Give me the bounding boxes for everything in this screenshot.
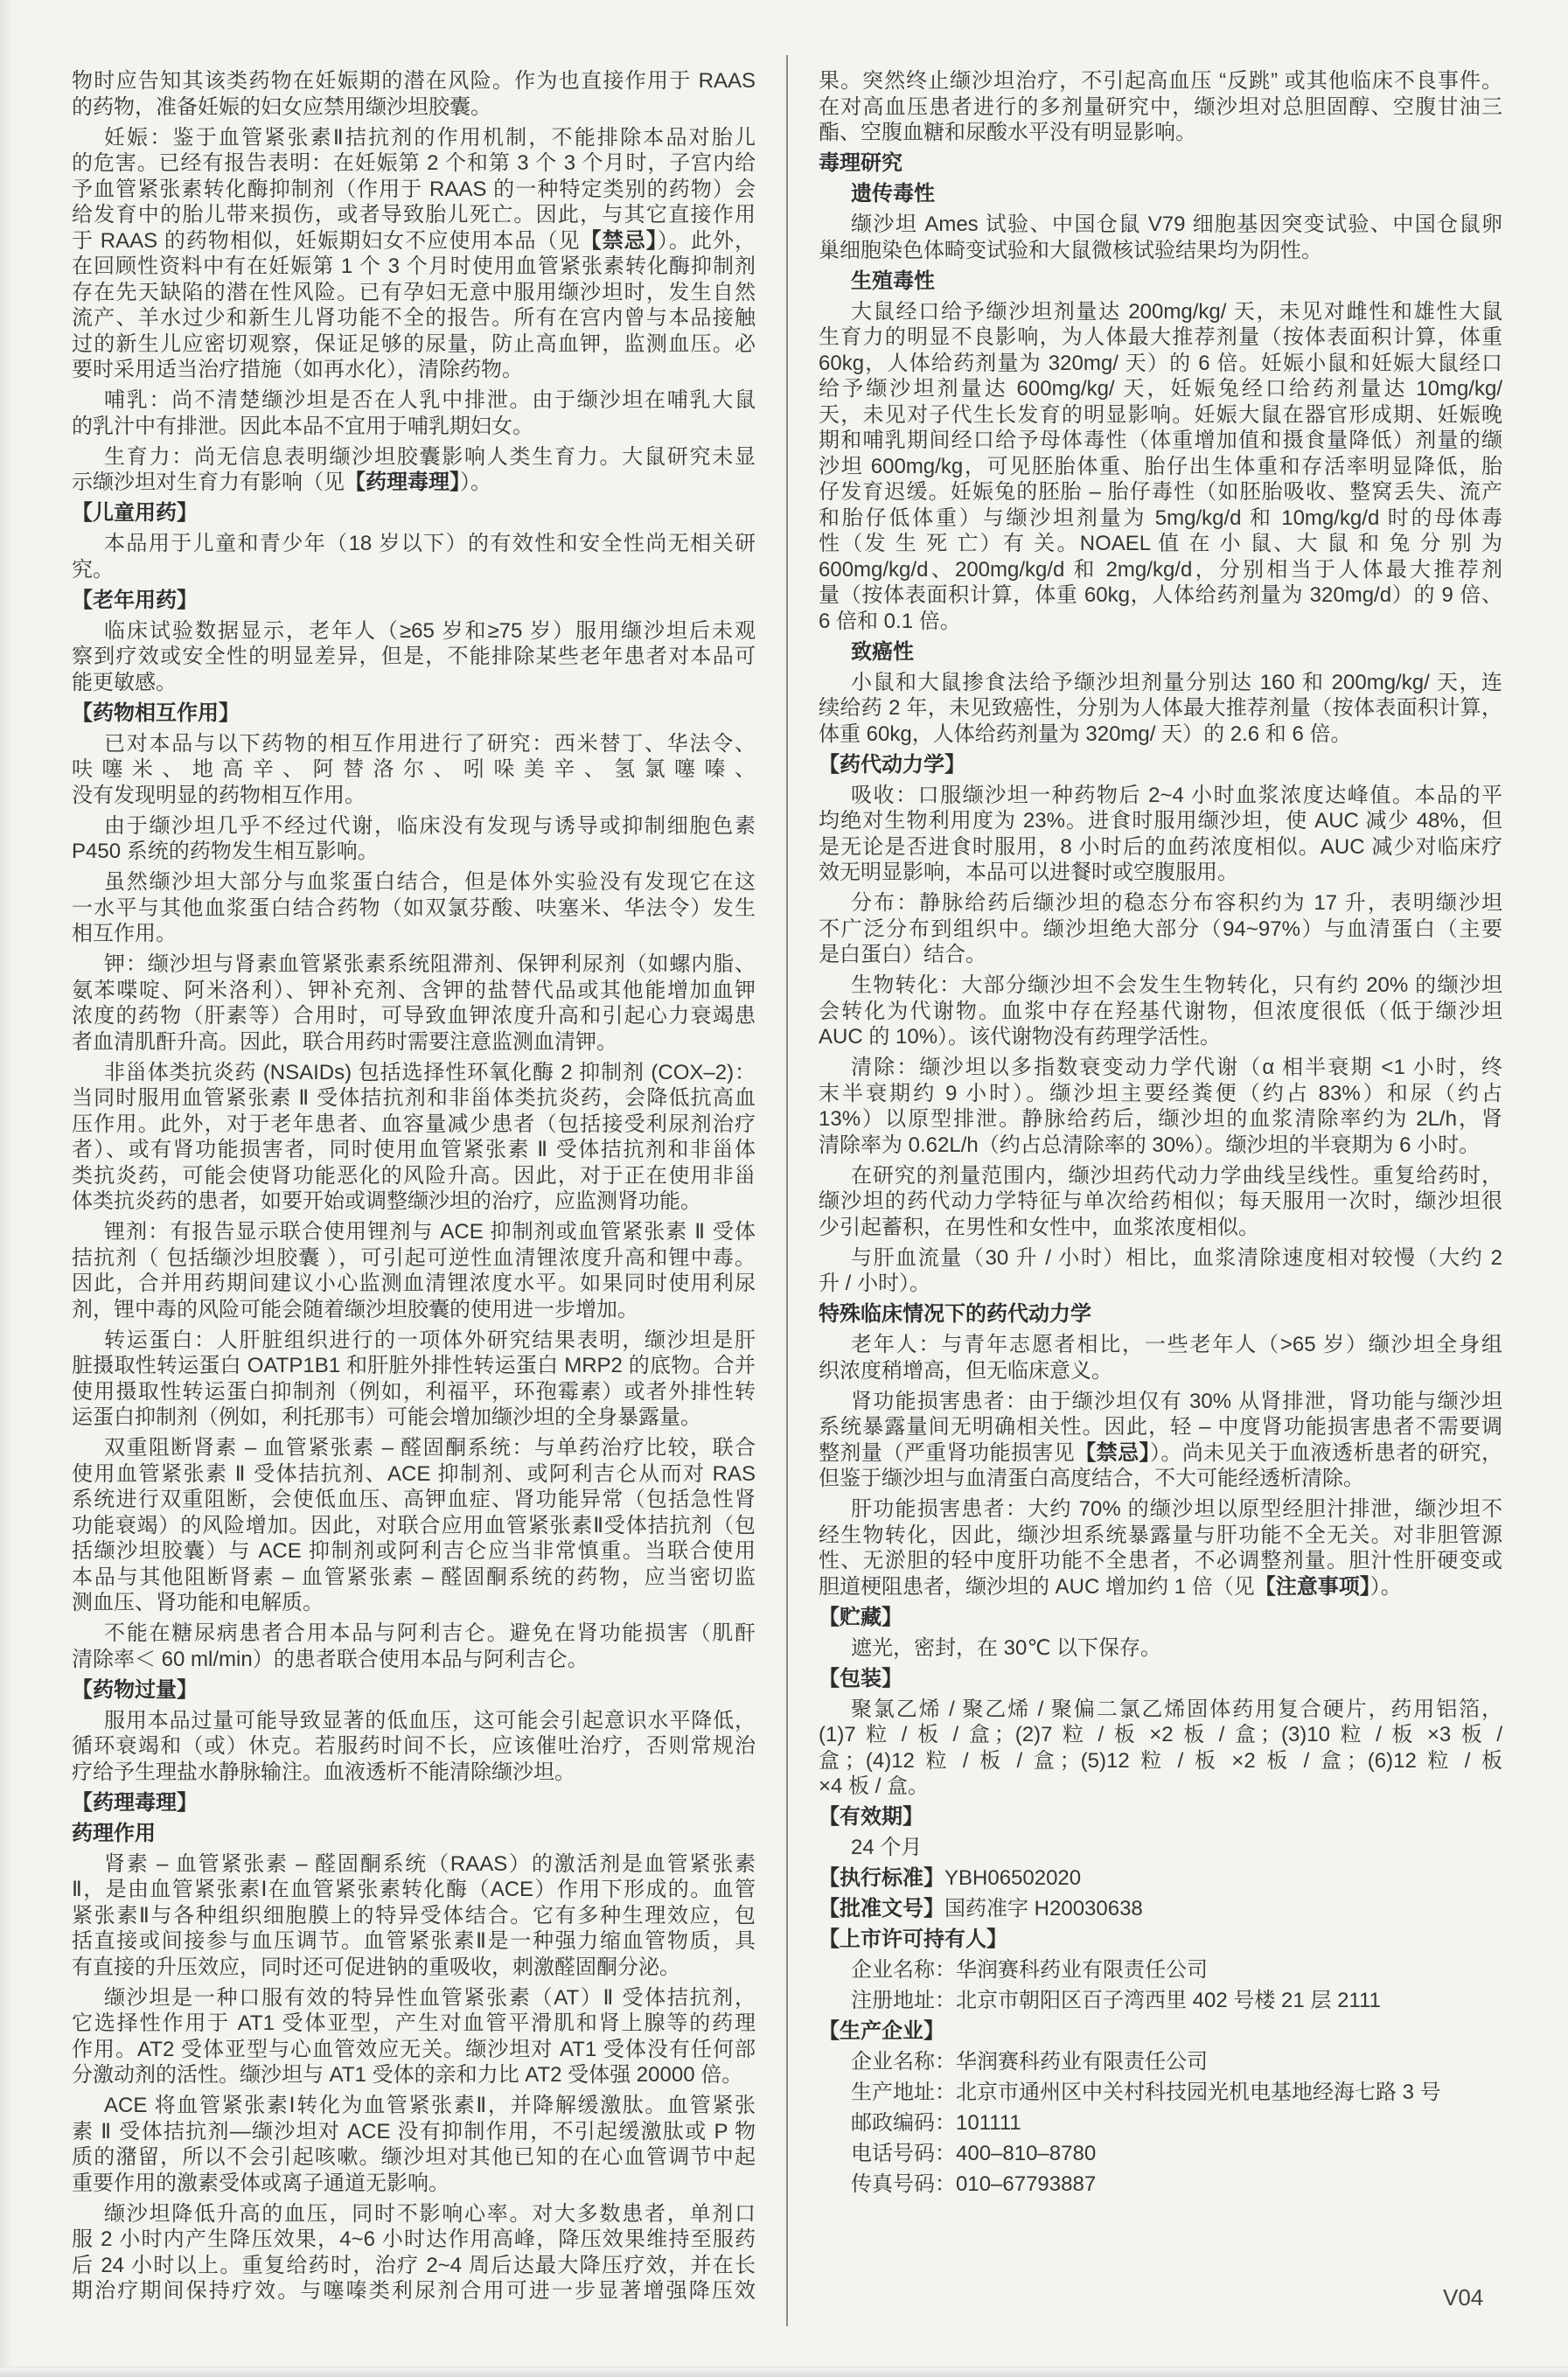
- text-line: 生育力的明显不良影响，为人体最大推荐剂量（按体表面积计算，体重: [819, 324, 1502, 351]
- text-line: 的药物，准备妊娠的妇女应禁用缬沙坦胶囊。: [72, 94, 756, 121]
- paragraph: 钾：缬沙坦与肾素血管紧张素系统阻滞剂、保钾利尿剂（如螺内脂、氨苯喋啶、阿米洛利）…: [72, 951, 756, 1055]
- text-line: 期和哺乳期间经口给予母体毒性（体重增加值和摄食量降低）剂量的缬: [819, 428, 1502, 454]
- text-line: 呋噻米、地高辛、阿替洛尔、吲哚美辛、氢氯噻嗪、氨氯地平和格列本脲，: [72, 756, 756, 783]
- text-line: 遗传毒性: [819, 181, 1502, 207]
- text-line: 的乳汁中有排泄。因此本品不宜用于哺乳期妇女。: [72, 414, 756, 440]
- paragraph: 双重阻断肾素 – 血管紧张素 – 醛固酮系统：与单药治疗比较，联合使用血管紧张素…: [72, 1435, 756, 1616]
- text-line: ACE 将血管紧张素Ⅰ转化为血管紧张素Ⅱ，并降解缓激肽。血管紧张: [72, 2093, 756, 2119]
- paragraph: 聚氯乙烯 / 聚乙烯 / 聚偏二氯乙烯固体药用复合硬片，药用铝箔，(1)7 粒 …: [819, 1697, 1502, 1800]
- paragraph: ACE 将血管紧张素Ⅰ转化为血管紧张素Ⅱ，并降解缓激肽。血管紧张素 Ⅱ 受体拮抗…: [72, 2093, 756, 2196]
- text-line: 过的新生儿应密切观察，保证足够的尿量，防止高血钾，监测血压。必: [72, 331, 756, 358]
- paragraph: 不能在糖尿病患者合用本品与阿利吉仑。避免在肾功能损害（肌酐清除率＜ 60 ml/…: [72, 1621, 756, 1672]
- holder-registered-address: 注册地址：北京市朝阳区百子湾西里 402 号楼 21 层 2111: [819, 1988, 1502, 2014]
- text-line: 肾素 – 血管紧张素 – 醛固酮系统（RAAS）的激活剂是血管紧张素: [72, 1851, 756, 1878]
- paragraph: 锂剂：有报告显示联合使用锂剂与 ACE 抑制剂或血管紧张素 Ⅱ 受体拮抗剂（ 包…: [72, 1219, 756, 1322]
- text-line: 使用摄取性转运蛋白抑制剂（例如，利福平，环孢霉素）或者外排性转: [72, 1379, 756, 1405]
- section-geriatric-use: 【老年用药】: [72, 588, 756, 614]
- text-segment: ）。: [460, 471, 491, 494]
- paragraph: 肝功能损害患者：大约 70% 的缬沙坦以原型经胆汁排泄，缬沙坦不经生物转化，因此…: [819, 1496, 1502, 1600]
- text-line: 它选择性作用于 AT1 受体亚型，产生对血管平滑肌和肾上腺等的药理: [72, 2011, 756, 2037]
- text-line: 在对高血压患者进行的多剂量研究中，缬沙坦对总胆固醇、空腹甘油三: [819, 94, 1502, 121]
- paragraph: 临床试验数据显示，老年人（≥65 岁和≥75 岁）服用缬沙坦后未观察到疗效或安全…: [72, 618, 756, 696]
- text-line: 生物转化：大部分缬沙坦不会发生生物转化，只有约 20% 的缬沙坦: [819, 972, 1502, 999]
- text-line: 24 个月: [819, 1835, 1502, 1861]
- text-line: 究。: [72, 557, 756, 583]
- text-line: 是无论是否进食时服用，8 小时后的血药浓度相似。AUC 减少对临床疗: [819, 834, 1502, 861]
- text-line: 【药理毒理】: [72, 1790, 756, 1816]
- text-segment: 整剂量（严重肾功能损害见: [819, 1441, 1075, 1465]
- text-line: 体类抗炎药的患者，如要开始或调整缬沙坦的治疗，应监测肾功能。: [72, 1188, 756, 1215]
- scan-edge-bottom: [0, 2367, 1568, 2377]
- text-line: 本品用于儿童和青少年（18 岁以下）的有效性和安全性尚无相关研: [72, 531, 756, 557]
- text-line: 缬沙坦 Ames 试验、中国仓鼠 V79 细胞基因突变试验、中国仓鼠卵: [819, 212, 1502, 238]
- text-line: 本品与其他阻断肾素 – 血管紧张素 – 醛固酮系统的药物，应当密切监: [72, 1565, 756, 1591]
- text-line: 妊娠：鉴于血管紧张素Ⅱ拮抗剂的作用机制，不能排除本品对胎儿: [72, 125, 756, 151]
- text-line: 小鼠和大鼠掺食法给予缬沙坦剂量分别达 160 和 200mg/kg/ 天，连: [819, 670, 1502, 696]
- text-segment: 于 RAAS 的药物相似，妊娠期妇女不应使用本品（见: [72, 229, 581, 253]
- column-divider: [786, 55, 788, 2326]
- bold-section-reference: 【执行标准】: [819, 1866, 944, 1890]
- text-segment: ）。尚未见关于血液透析患者的研究，: [1150, 1441, 1502, 1465]
- text-line: 与肝血流量（30 升 / 小时）相比，血浆清除速度相对较慢（大约 2: [819, 1245, 1502, 1272]
- text-line: 予血管紧张素转化酶抑制剂（作用于 RAAS 的一种特定类别的药物）会: [72, 177, 756, 203]
- text-line: 括直接或间接参与血压调节。血管紧张素Ⅱ是一种强力缩血管物质，具: [72, 1928, 756, 1955]
- paragraph: 物时应告知其该类药物在妊娠期的潜在风险。作为也直接作用于 RAAS的药物，准备妊…: [72, 68, 756, 120]
- text-line: 氨苯喋啶、阿米洛利）、钾补充剂、含钾的盐替代品或其他能增加血钾: [72, 978, 756, 1004]
- text-line: 但鉴于缬沙坦与血清蛋白高度结合，不大可能经透析清除。: [819, 1466, 1502, 1492]
- section-pediatric-use: 【儿童用药】: [72, 500, 756, 526]
- bold-section-reference: 【批准文号】: [819, 1897, 944, 1920]
- text-line: 【有效期】: [819, 1804, 1502, 1830]
- paragraph: 与肝血流量（30 升 / 小时）相比，血浆清除速度相对较慢（大约 2升 / 小时…: [819, 1245, 1502, 1297]
- text-line: 性（发 生 死 亡）有 关。NOAEL 值 在 小 鼠、大 鼠 和 兔 分 别 …: [819, 531, 1502, 557]
- text-line: AUC 的 10%）。该代谢物没有药理学活性。: [819, 1024, 1502, 1050]
- text-line: 遮光，密封，在 30℃ 以下保存。: [819, 1635, 1502, 1662]
- paragraph: 小鼠和大鼠掺食法给予缬沙坦剂量分别达 160 和 200mg/kg/ 天，连续给…: [819, 670, 1502, 748]
- text-line: 双重阻断肾素 – 血管紧张素 – 醛固酮系统：与单药治疗比较，联合: [72, 1435, 756, 1461]
- paragraph: 在研究的剂量范围内，缬沙坦药代动力学曲线呈线性。重复给药时，缬沙坦的药代动力学特…: [819, 1163, 1502, 1241]
- paragraph: 非甾体类抗炎药 (NSAIDs) 包括选择性环氧化酶 2 抑制剂 (COX–2)…: [72, 1060, 756, 1215]
- manufacturer-address: 生产地址：北京市通州区中关村科技园光机电基地经海七路 3 号: [819, 2080, 1502, 2106]
- text-line: 13%）以原型排泄。静脉给药后，缬沙坦的血浆清除率约为 2L/h，肾: [819, 1106, 1502, 1133]
- text-line: 清除：缬沙坦以多指数衰变动力学代谢（α 相半衰期 <1 小时，终: [819, 1055, 1502, 1081]
- text-line: 使用血管紧张素 Ⅱ 受体拮抗剂、ACE 抑制剂、或阿利吉仑从而对 RAS: [72, 1461, 756, 1488]
- section-packaging: 【包装】: [819, 1666, 1502, 1692]
- paragraph: 缬沙坦是一种口服有效的特异性血管紧张素（AT）Ⅱ 受体拮抗剂，它选择性作用于 A…: [72, 1985, 756, 2088]
- text-line: 整剂量（严重肾功能损害见【禁忌】）。尚未见关于血液透析患者的研究，: [819, 1440, 1502, 1467]
- left-column: 物时应告知其该类药物在妊娠期的潜在风险。作为也直接作用于 RAAS的药物，准备妊…: [72, 68, 756, 2304]
- text-line: 当同时服用血管紧张素 Ⅱ 受体拮抗剂和非甾体类抗炎药，会降低抗高血: [72, 1085, 756, 1112]
- text-line: 系统进行双重阻断，会使低血压、高钾血症、肾功能异常（包括急性肾: [72, 1487, 756, 1513]
- shelf-life-value: 24 个月: [819, 1835, 1502, 1861]
- text-line: 【贮藏】: [819, 1605, 1502, 1631]
- bold-section-reference: 【注意事项】: [1255, 1575, 1370, 1599]
- text-line: 600mg/kg/d、200mg/kg/d 和 2mg/kg/d，分别相当于人体…: [819, 557, 1502, 583]
- text-line: 给发育中的胎儿带来损伤，或者导致胎儿死亡。因此，与其它直接作用: [72, 202, 756, 228]
- text-line: 均绝对生物利用度为 23%。进食时服用缬沙坦，使 AUC 减少 48%，但: [819, 808, 1502, 834]
- subsection-toxicology: 毒理研究: [819, 150, 1502, 177]
- text-line: 邮政编码：101111: [819, 2110, 1502, 2137]
- text-line: 天，未见对子代生长发育的明显影响。妊娠大鼠在器官形成期、妊娠晚: [819, 402, 1502, 429]
- text-line: 会转化为代谢物。血浆中存在羟基代谢物，但浓度很低（低于缬沙坦: [819, 999, 1502, 1025]
- text-line: 紧张素Ⅱ与各种组织细胞膜上的特异受体结合。它有多种生理效应，包: [72, 1903, 756, 1929]
- text-line: 功能衰竭）的风险增加。因此，对联合应用血管紧张素Ⅱ受体拮抗剂（包: [72, 1513, 756, 1539]
- text-line: 注册地址：北京市朝阳区百子湾西里 402 号楼 21 层 2111: [819, 1988, 1502, 2014]
- text-segment: ）。: [1370, 1575, 1402, 1599]
- text-line: 吸收：口服缬沙坦一种药物后 2~4 小时血浆浓度达峰值。本品的平: [819, 783, 1502, 809]
- text-line: 仔发育迟缓。妊娠兔的胚胎 – 胎仔毒性（如胚胎吸收、整窝丢失、流产: [819, 479, 1502, 505]
- text-line: 特殊临床情况下的药代动力学: [819, 1301, 1502, 1328]
- text-line: 缬沙坦是一种口服有效的特异性血管紧张素（AT）Ⅱ 受体拮抗剂，: [72, 1985, 756, 2011]
- text-line: 效无明显影响，本品可以进餐时或空腹服用。: [819, 860, 1502, 886]
- text-line: 升 / 小时）。: [819, 1271, 1502, 1297]
- paragraph: 服用本品过量可能导致显著的低血压，这可能会引起意识水平降低，循环衰竭和（或）休克…: [72, 1708, 756, 1786]
- text-line: 分激动剂的活性。缬沙坦与 AT1 受体的亲和力比 AT2 受体强 20000 倍…: [72, 2062, 756, 2088]
- manufacturer-postal-code: 邮政编码：101111: [819, 2110, 1502, 2137]
- text-segment: YBH06502020: [944, 1866, 1081, 1890]
- text-line: 括缬沙坦胶囊）与 ACE 抑制剂或阿利吉仑应当非常慎重。当联合使用: [72, 1538, 756, 1565]
- paragraph: 哺乳：尚不清楚缬沙坦是否在人乳中排泄。由于缬沙坦在哺乳大鼠的乳汁中有排泄。因此本…: [72, 387, 756, 439]
- text-line: 经生物转化，因此，缬沙坦系统暴露量与肝功能不全无关。对非胆管源: [819, 1523, 1502, 1549]
- paragraph: 已对本品与以下药物的相互作用进行了研究：西米替丁、华法令、呋噻米、地高辛、阿替洛…: [72, 731, 756, 809]
- text-line: 哺乳：尚不清楚缬沙坦是否在人乳中排泄。由于缬沙坦在哺乳大鼠: [72, 387, 756, 414]
- text-line: 转运蛋白：人肝脏组织进行的一项体外研究结果表明，缬沙坦是肝: [72, 1328, 756, 1354]
- text-line: 体重 60kg，人体给药剂量为 320mg/ 天）的 2.6 和 6 倍。: [819, 721, 1502, 748]
- text-line: 【老年用药】: [72, 588, 756, 614]
- text-line: 沙坦 600mg/kg，可见胚胎体重、胎仔出生体重和存活率明显降低，胎: [819, 454, 1502, 480]
- section-manufacturer: 【生产企业】: [819, 2018, 1502, 2045]
- version-label: V04: [1443, 2284, 1483, 2311]
- text-line: 末半衰期约 9 小时）。缬沙坦主要经粪便（约占 83%）和尿（约占: [819, 1081, 1502, 1107]
- text-line: 由于缬沙坦几乎不经过代谢，临床没有发现与诱导或抑制细胞色素: [72, 813, 756, 840]
- section-approval-number: 【批准文号】国药准字 H20030638: [819, 1896, 1502, 1922]
- paragraph: 老年人：与青年志愿者相比，一些老年人（>65 岁）缬沙坦全身组织浓度稍增高，但无…: [819, 1332, 1502, 1384]
- section-pharmacokinetics: 【药代动力学】: [819, 752, 1502, 778]
- text-line: 分布：静脉给药后缬沙坦的稳态分布容积约为 17 升，表明缬沙坦: [819, 890, 1502, 917]
- text-line: 【上市许可持有人】: [819, 1927, 1502, 1953]
- text-line: 系统暴露量间无明确相关性。因此，轻 – 中度肾功能损害患者不需要调: [819, 1414, 1502, 1440]
- text-line: 服 2 小时内产生降压效果，4~6 小时达作用高峰，降压效果维持至服药: [72, 2227, 756, 2253]
- paragraph: 肾功能损害患者：由于缬沙坦仅有 30% 从肾排泄，肾功能与缬沙坦系统暴露量间无明…: [819, 1389, 1502, 1492]
- text-line: 类抗炎药，可能会使肾功能恶化的风险升高。因此，对于正在使用非甾: [72, 1163, 756, 1189]
- text-line: 60kg，人体给药剂量为 320mg/ 天）的 6 倍。妊娠小鼠和妊娠大鼠经口: [819, 351, 1502, 377]
- subsection-pharmacology: 药理作用: [72, 1821, 756, 1847]
- text-line: 察到疗效或安全性的明显差异，但是，不能排除某些老年患者对本品可: [72, 644, 756, 670]
- holder-company-name: 企业名称：华润赛科药业有限责任公司: [819, 1957, 1502, 1983]
- text-line: 【药物过量】: [72, 1677, 756, 1704]
- text-line: 流产、羊水过少和新生儿肾功能不全的报告。所有在宫内曾与本品接触: [72, 305, 756, 331]
- paragraph: 虽然缬沙坦大部分与血浆蛋白结合，但是体外实验没有发现它在这一水平与其他血浆蛋白结…: [72, 869, 756, 947]
- text-line: 疗给予生理盐水静脉输注。血液透析不能清除缬沙坦。: [72, 1760, 756, 1786]
- text-line: 续给药 2 年，未见致癌性，分别为人体最大推荐剂量（按体表面积计算，: [819, 695, 1502, 721]
- text-line: 【药物相互作用】: [72, 701, 756, 727]
- subsection-reproductive-toxicity: 生殖毒性: [819, 268, 1502, 295]
- text-line: 压作用。此外，对于老年患者、血容量减少患者（包括接受利尿剂治疗: [72, 1112, 756, 1138]
- text-line: 【生产企业】: [819, 2018, 1502, 2045]
- text-line: 电话号码：400–810–8780: [819, 2141, 1502, 2167]
- bold-section-reference: 【禁忌】: [581, 229, 658, 253]
- text-line: 【药代动力学】: [819, 752, 1502, 778]
- text-line: P450 系统的药物发生相互影响。: [72, 839, 756, 865]
- text-line: 者血清肌酐升高。因此，联合用药时需要注意监测血清钾。: [72, 1029, 756, 1056]
- paragraph: 本品用于儿童和青少年（18 岁以下）的有效性和安全性尚无相关研究。: [72, 531, 756, 582]
- text-line: 在研究的剂量范围内，缬沙坦药代动力学曲线呈线性。重复给药时，: [819, 1163, 1502, 1189]
- text-segment: 示缬沙坦对生育力有影响（见: [72, 471, 345, 494]
- storage-value: 遮光，密封，在 30℃ 以下保存。: [819, 1635, 1502, 1662]
- paragraph: 由于缬沙坦几乎不经过代谢，临床没有发现与诱导或抑制细胞色素P450 系统的药物发…: [72, 813, 756, 865]
- text-line: 盒；(4)12 粒 / 板 / 盒；(5)12 粒 / 板 ×2 板 / 盒；(…: [819, 1748, 1502, 1774]
- paragraph: 清除：缬沙坦以多指数衰变动力学代谢（α 相半衰期 <1 小时，终末半衰期约 9 …: [819, 1055, 1502, 1158]
- text-line: 清除率为 0.62L/h（约占总清除率的 30%）。缬沙坦的半衰期为 6 小时。: [819, 1133, 1502, 1159]
- section-pharmacology-toxicology: 【药理毒理】: [72, 1790, 756, 1816]
- paragraph: 转运蛋白：人肝脏组织进行的一项体外研究结果表明，缬沙坦是肝脏摄取性转运蛋白 OA…: [72, 1328, 756, 1431]
- text-line: 拮抗剂（ 包括缬沙坦胶囊 ），可引起可逆性血清锂浓度升高和锂中毒。: [72, 1245, 756, 1272]
- text-line: 量（按体表面积计算，体重 60kg，人体给药剂量为 320mg/d）的 9 倍、: [819, 582, 1502, 609]
- text-line: 聚氯乙烯 / 聚乙烯 / 聚偏二氯乙烯固体药用复合硬片，药用铝箔，: [819, 1697, 1502, 1723]
- text-line: ×4 板 / 盒。: [819, 1774, 1502, 1800]
- text-line: 相互作用。: [72, 921, 756, 947]
- text-line: 【包装】: [819, 1666, 1502, 1692]
- text-line: 缬沙坦的药代动力学特征与单次给药相似；每天服用一次时，缬沙坦很: [819, 1188, 1502, 1215]
- text-line: 企业名称：华润赛科药业有限责任公司: [819, 1957, 1502, 1983]
- text-line: 重要作用的激素受体或离子通道无影响。: [72, 2171, 756, 2197]
- text-line: 存在先天缺陷的潜在性风险。已有孕妇无意中服用缬沙坦时，发生自然: [72, 280, 756, 306]
- text-line: 果。突然终止缬沙坦治疗，不引起高血压 “反跳” 或其他临床不良事件。: [819, 68, 1502, 94]
- text-line: 要时采用适当治疗措施（如再水化），清除药物。: [72, 357, 756, 383]
- text-line: 生育力：尚无信息表明缬沙坦胶囊影响人类生育力。大鼠研究未显: [72, 444, 756, 471]
- text-line: 和胎仔低体重）与缬沙坦剂量为 5mg/kg/d 和 10mg/kg/d 时的母体…: [819, 505, 1502, 532]
- text-line: 脏摄取性转运蛋白 OATP1B1 和肝脏外排性转运蛋白 MRP2 的底物。合并: [72, 1353, 756, 1379]
- text-line: 给予缬沙坦剂量达 600mg/kg/ 天，妊娠兔经口给药剂量达 10mg/kg/: [819, 376, 1502, 402]
- text-line: 酯、空腹血糖和尿酸水平没有明显影响。: [819, 120, 1502, 146]
- text-line: 循环衰竭和（或）休克。若服药时间不长，应该催吐治疗，否则常规治: [72, 1733, 756, 1760]
- text-line: (1)7 粒 / 板 / 盒；(2)7 粒 / 板 ×2 板 / 盒；(3)10…: [819, 1722, 1502, 1748]
- text-segment: 胆道梗阻患者，缬沙坦的 AUC 增加约 1 倍（见: [819, 1575, 1255, 1599]
- text-line: 不广泛分布到组织中。缬沙坦绝大部分（94~97%）与血清蛋白（主要: [819, 917, 1502, 943]
- text-line: 剂，锂中毒的风险可能会随着缬沙坦胶囊的使用进一步增加。: [72, 1297, 756, 1323]
- paragraph: 妊娠：鉴于血管紧张素Ⅱ拮抗剂的作用机制，不能排除本品对胎儿的危害。已经有报告表明…: [72, 125, 756, 383]
- manufacturer-company-name: 企业名称：华润赛科药业有限责任公司: [819, 2049, 1502, 2075]
- text-line: 胆道梗阻患者，缬沙坦的 AUC 增加约 1 倍（见【注意事项】）。: [819, 1574, 1502, 1600]
- section-shelf-life: 【有效期】: [819, 1804, 1502, 1830]
- text-line: 因此，合并用药期间建议小心监测血清锂浓度水平。如果同时使用利尿: [72, 1271, 756, 1297]
- scan-edge-left: [0, 0, 12, 2377]
- text-line: 临床试验数据显示，老年人（≥65 岁和≥75 岁）服用缬沙坦后未观: [72, 618, 756, 645]
- text-line: 有直接的升压效应，同时还可促进钠的重吸收，刺激醛固酮分泌。: [72, 1955, 756, 1981]
- text-line: 服用本品过量可能导致显著的低血压，这可能会引起意识水平降低，: [72, 1708, 756, 1734]
- right-column: 果。突然终止缬沙坦治疗，不引起高血压 “反跳” 或其他临床不良事件。在对高血压患…: [819, 68, 1502, 2198]
- text-line: 已对本品与以下药物的相互作用进行了研究：西米替丁、华法令、: [72, 731, 756, 757]
- text-line: 生殖毒性: [819, 268, 1502, 295]
- text-segment: 国药准字 H20030638: [944, 1897, 1143, 1920]
- section-overdose: 【药物过量】: [72, 1677, 756, 1704]
- text-line: 织浓度稍增高，但无临床意义。: [819, 1358, 1502, 1384]
- text-line: 肾功能损害患者：由于缬沙坦仅有 30% 从肾排泄，肾功能与缬沙坦: [819, 1389, 1502, 1415]
- paragraph: 缬沙坦 Ames 试验、中国仓鼠 V79 细胞基因突变试验、中国仓鼠卵巢细胞染色…: [819, 212, 1502, 263]
- text-line: 作用。AT2 受体亚型与心血管效应无关。缬沙坦对 AT1 受体没有任何部: [72, 2037, 756, 2063]
- text-line: 【批准文号】国药准字 H20030638: [819, 1896, 1502, 1922]
- text-line: 老年人：与青年志愿者相比，一些老年人（>65 岁）缬沙坦全身组: [819, 1332, 1502, 1358]
- text-line: 运蛋白抑制剂（例如，利托那韦）可能会增加缬沙坦的全身暴露量。: [72, 1405, 756, 1431]
- text-line: 没有发现明显的药物相互作用。: [72, 783, 756, 809]
- text-line: 期治疗期间保持疗效。与噻嗪类利尿剂合用可进一步显著增强降压效: [72, 2278, 756, 2304]
- text-line: 非甾体类抗炎药 (NSAIDs) 包括选择性环氧化酶 2 抑制剂 (COX–2)…: [72, 1060, 756, 1086]
- paragraph: 生物转化：大部分缬沙坦不会发生生物转化，只有约 20% 的缬沙坦会转化为代谢物。…: [819, 972, 1502, 1050]
- text-line: 【执行标准】YBH06502020: [819, 1865, 1502, 1892]
- text-line: 【儿童用药】: [72, 500, 756, 526]
- text-line: 6 倍和 0.1 倍。: [819, 609, 1502, 635]
- text-line: 质的潴留，所以不会引起咳嗽。缬沙坦对其他已知的在心血管调节中起: [72, 2144, 756, 2171]
- text-line: Ⅱ，是由血管紧张素Ⅰ在血管紧张素转化酶（ACE）作用下形成的。血管: [72, 1877, 756, 1903]
- text-line: 肝功能损害患者：大约 70% 的缬沙坦以原型经胆汁排泄，缬沙坦不: [819, 1496, 1502, 1523]
- text-line: 清除率＜ 60 ml/min）的患者联合使用本品与阿利吉仑。: [72, 1647, 756, 1673]
- text-line: 于 RAAS 的药物相似，妊娠期妇女不应使用本品（见【禁忌】）。此外，: [72, 228, 756, 254]
- text-line: 虽然缬沙坦大部分与血浆蛋白结合，但是体外实验没有发现它在这: [72, 869, 756, 896]
- text-line: 测血压、肾功能和电解质。: [72, 1590, 756, 1616]
- subsection-special-populations-pk: 特殊临床情况下的药代动力学: [819, 1301, 1502, 1328]
- paragraph: 生育力：尚无信息表明缬沙坦胶囊影响人类生育力。大鼠研究未显示缬沙坦对生育力有影响…: [72, 444, 756, 496]
- text-line: 致癌性: [819, 639, 1502, 666]
- text-line: 企业名称：华润赛科药业有限责任公司: [819, 2049, 1502, 2075]
- paragraph: 肾素 – 血管紧张素 – 醛固酮系统（RAAS）的激活剂是血管紧张素Ⅱ，是由血管…: [72, 1851, 756, 1981]
- subsection-genotoxicity: 遗传毒性: [819, 181, 1502, 207]
- section-storage: 【贮藏】: [819, 1605, 1502, 1631]
- text-line: 素 Ⅱ 受体拮抗剂—缬沙坦对 ACE 没有抑制作用，不引起缓激肽或 P 物: [72, 2119, 756, 2145]
- text-line: 在回顾性资料中有在妊娠第 1 个 3 个月时使用血管紧张素转化酶抑制剂: [72, 254, 756, 280]
- subsection-carcinogenicity: 致癌性: [819, 639, 1502, 666]
- text-line: 巢细胞染色体畸变试验和大鼠微核试验结果均为阴性。: [819, 238, 1502, 264]
- text-line: 者）、或有肾功能损害者，同时使用血管紧张素 Ⅱ 受体拮抗剂和非甾体: [72, 1137, 756, 1163]
- paragraph: 果。突然终止缬沙坦治疗，不引起高血压 “反跳” 或其他临床不良事件。在对高血压患…: [819, 68, 1502, 146]
- text-line: 能更敏感。: [72, 670, 756, 696]
- text-line: 传真号码：010–67793887: [819, 2171, 1502, 2198]
- text-line: 大鼠经口给予缬沙坦剂量达 200mg/kg/ 天，未见对雌性和雄性大鼠: [819, 299, 1502, 325]
- text-line: 示缬沙坦对生育力有影响（见【药理毒理】）。: [72, 470, 756, 496]
- text-line: 生产地址：北京市通州区中关村科技园光机电基地经海七路 3 号: [819, 2080, 1502, 2106]
- text-line: 钾：缬沙坦与肾素血管紧张素系统阻滞剂、保钾利尿剂（如螺内脂、: [72, 951, 756, 978]
- text-line: 少引起蓄积，在男性和女性中，血浆浓度相似。: [819, 1215, 1502, 1241]
- bold-section-reference: 【药理毒理】: [345, 471, 460, 494]
- text-line: 缬沙坦降低升高的血压，同时不影响心率。对大多数患者，单剂口: [72, 2201, 756, 2227]
- paragraph: 吸收：口服缬沙坦一种药物后 2~4 小时血浆浓度达峰值。本品的平均绝对生物利用度…: [819, 783, 1502, 886]
- bold-section-reference: 【禁忌】: [1075, 1441, 1150, 1465]
- text-line: 毒理研究: [819, 150, 1502, 177]
- section-drug-interactions: 【药物相互作用】: [72, 701, 756, 727]
- text-line: 后 24 小时以上。重复给药时，治疗 2~4 周后达最大降压疗效，并在长: [72, 2253, 756, 2279]
- paragraph: 缬沙坦降低升高的血压，同时不影响心率。对大多数患者，单剂口服 2 小时内产生降压…: [72, 2201, 756, 2304]
- section-marketing-authorization-holder: 【上市许可持有人】: [819, 1927, 1502, 1953]
- text-line: 药理作用: [72, 1821, 756, 1847]
- text-line: 不能在糖尿病患者合用本品与阿利吉仑。避免在肾功能损害（肌酐: [72, 1621, 756, 1647]
- text-line: 性、无淤胆的轻中度肝功能不全患者，不必调整剂量。胆汁性肝硬变或: [819, 1548, 1502, 1574]
- paragraph: 大鼠经口给予缬沙坦剂量达 200mg/kg/ 天，未见对雌性和雄性大鼠生育力的明…: [819, 299, 1502, 635]
- text-line: 是白蛋白）结合。: [819, 942, 1502, 968]
- text-line: 浓度的药物（肝素等）合用时，可导致血钾浓度升高和引起心力衰竭患: [72, 1003, 756, 1029]
- text-line: 一水平与其他血浆蛋白结合药物（如双氯芬酸、呋塞米、华法令）发生: [72, 896, 756, 922]
- text-segment: ）。此外，: [658, 229, 756, 253]
- manufacturer-phone: 电话号码：400–810–8780: [819, 2141, 1502, 2167]
- manufacturer-fax: 传真号码：010–67793887: [819, 2171, 1502, 2198]
- paragraph: 分布：静脉给药后缬沙坦的稳态分布容积约为 17 升，表明缬沙坦不广泛分布到组织中…: [819, 890, 1502, 968]
- text-line: 物时应告知其该类药物在妊娠期的潜在风险。作为也直接作用于 RAAS: [72, 68, 756, 94]
- section-standard: 【执行标准】YBH06502020: [819, 1865, 1502, 1892]
- text-line: 锂剂：有报告显示联合使用锂剂与 ACE 抑制剂或血管紧张素 Ⅱ 受体: [72, 1219, 756, 1245]
- text-line: 的危害。已经有报告表明：在妊娠第 2 个和第 3 个 3 个月时，子宫内给: [72, 150, 756, 177]
